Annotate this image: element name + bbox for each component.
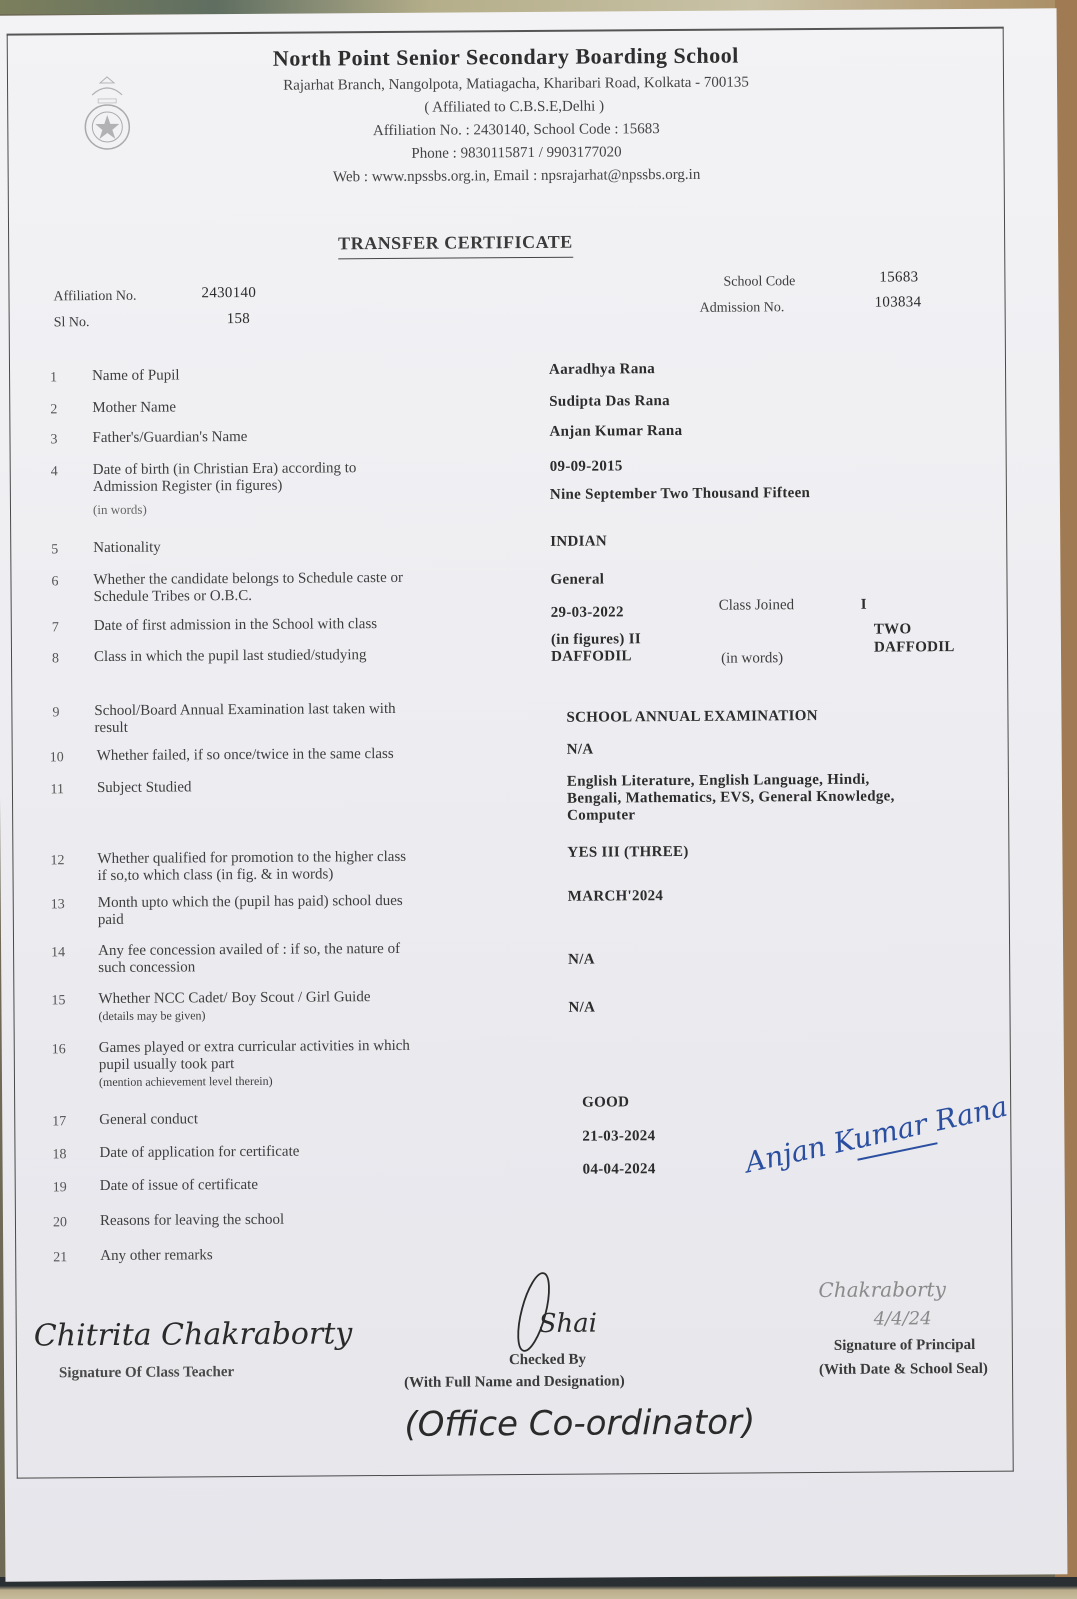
item-5-label: Nationality: [93, 540, 161, 556]
item-21-label: Any other remarks: [100, 1247, 213, 1264]
item-13-label-line2: paid: [98, 912, 124, 928]
item-1-label: Name of Pupil: [92, 367, 180, 384]
item-13-number: 13: [43, 897, 65, 913]
item-16-label: Games played or extra curricular activit…: [99, 1038, 410, 1056]
item-11-value: English Literature, English Language, Hi…: [567, 772, 870, 791]
item-17-number: 17: [44, 1114, 66, 1130]
item-18-value: 21-03-2024: [582, 1128, 655, 1146]
item-2-label: Mother Name: [92, 399, 176, 416]
item-3-value: Anjan Kumar Rana: [549, 423, 682, 441]
item-8-value: (in figures) II: [551, 631, 641, 649]
sl-no-value: 158: [227, 311, 251, 328]
item-11-value-line3: Computer: [567, 807, 635, 824]
principal-signature: Chakraborty 4/4/24: [813, 1274, 1013, 1345]
item-10-value: N/A: [567, 742, 594, 759]
item-8-number: 8: [37, 651, 59, 667]
item-9-number: 9: [37, 705, 59, 721]
checked-by-designation: (Office Co-ordinator): [394, 1378, 805, 1461]
item-17-label: General conduct: [99, 1111, 198, 1128]
item-14-value: N/A: [568, 952, 595, 969]
item-6-number: 6: [36, 574, 58, 590]
item-15-number: 15: [43, 993, 65, 1009]
checked-by-signature: Shai: [498, 1266, 619, 1362]
item-11-label: Subject Studied: [97, 779, 192, 796]
item-16-number: 16: [44, 1042, 66, 1058]
sl-no-label: Sl No.: [54, 315, 90, 331]
item-12-label-line2: if so,to which class (in fig. & in words…: [97, 866, 333, 884]
item-12-value: YES III (THREE): [567, 844, 688, 862]
item-19-number: 19: [45, 1180, 67, 1196]
item-18-label: Date of application for certificate: [99, 1144, 299, 1161]
svg-text:Anjan Kumar Rana: Anjan Kumar Rana: [739, 1090, 1010, 1180]
item-3-label: Father's/Guardian's Name: [92, 429, 247, 446]
item-7-label: Date of first admission in the School wi…: [94, 616, 377, 634]
item-14-label: Any fee concession availed of : if so, t…: [98, 941, 400, 959]
item-20-label: Reasons for leaving the school: [100, 1212, 284, 1229]
item-4-value: 09-09-2015: [550, 458, 623, 476]
affiliation-label: Affiliation No.: [53, 289, 136, 306]
class-teacher-label: Signature Of Class Teacher: [59, 1364, 234, 1382]
principal-sub: (With Date & School Seal): [819, 1361, 988, 1379]
item-4-label: Date of birth (in Christian Era) accordi…: [93, 460, 357, 478]
item-6-label-line2: Schedule Tribes or O.B.C.: [94, 588, 252, 605]
item-13-label: Month upto which the (pupil has paid) sc…: [98, 893, 403, 911]
certificate-paper: North Point Senior Secondary Boarding Sc…: [0, 8, 1067, 1581]
item-4-label-line2: Admission Register (in figures): [93, 478, 283, 495]
item-3-number: 3: [35, 432, 57, 448]
item-1-value: Aaradhya Rana: [549, 361, 655, 379]
item-11-value-line2: Bengali, Mathematics, EVS, General Knowl…: [567, 788, 895, 807]
item-14-number: 14: [43, 945, 65, 961]
item-19-value: 04-04-2024: [583, 1161, 656, 1179]
item-15-label-line2: (details may be given): [98, 1007, 205, 1024]
item-14-label-line2: such concession: [98, 959, 195, 976]
svg-text:4/4/24: 4/4/24: [873, 1308, 932, 1329]
item-16-label-line2: pupil usually took part: [99, 1056, 235, 1073]
svg-text:Chakraborty: Chakraborty: [818, 1277, 946, 1302]
item-8-value-line2: DAFFODIL: [551, 648, 632, 666]
item-21-number: 21: [45, 1250, 67, 1266]
item-7-value: 29-03-2022: [551, 604, 624, 622]
school-code-label: School Code: [723, 274, 795, 291]
item-17-value: GOOD: [582, 1094, 629, 1111]
item-16-label-line3: (mention achievement level therein): [99, 1073, 273, 1090]
svg-text:(Office Co-ordinator): (Office Co-ordinator): [404, 1402, 755, 1444]
item-8-label: Class in which the pupil last studied/st…: [94, 647, 367, 665]
item-8-extra-value: TWO: [874, 621, 912, 638]
item-11-number: 11: [42, 782, 64, 798]
item-6-label: Whether the candidate belongs to Schedul…: [93, 570, 403, 588]
item-2-number: 2: [35, 402, 57, 418]
parent-signature: Anjan Kumar Rana: [737, 1080, 1048, 1192]
item-19-label: Date of issue of certificate: [100, 1177, 258, 1194]
svg-text:Chitrita Chakraborty: Chitrita Chakraborty: [34, 1316, 354, 1353]
principal-label: Signature of Principal: [834, 1337, 976, 1355]
item-6-value: General: [550, 571, 604, 588]
item-15-label: Whether NCC Cadet/ Boy Scout / Girl Guid…: [98, 989, 370, 1007]
item-10-label: Whether failed, if so once/twice in the …: [97, 746, 394, 764]
item-5-value: INDIAN: [550, 533, 607, 550]
item-9-value: SCHOOL ANNUAL EXAMINATION: [566, 708, 818, 727]
item-2-value: Sudipta Das Rana: [549, 393, 670, 411]
item-13-value: MARCH'2024: [568, 888, 664, 906]
class-teacher-signature: Chitrita Chakraborty: [29, 1303, 429, 1366]
item-4-number: 4: [36, 464, 58, 480]
item-9-label: School/Board Annual Examination last tak…: [94, 701, 395, 719]
item-5-number: 5: [36, 542, 58, 558]
admission-no-label: Admission No.: [700, 300, 785, 317]
item-15-value: N/A: [568, 1000, 595, 1017]
item-8-extra-label: (in words): [721, 650, 783, 667]
admission-no-value: 103834: [875, 294, 922, 311]
item-12-label: Whether qualified for promotion to the h…: [97, 849, 406, 867]
item-7-extra-label: Class Joined: [719, 597, 795, 615]
item-12-number: 12: [42, 853, 64, 869]
item-7-number: 7: [37, 620, 59, 636]
item-4-sublabel: (in words): [93, 502, 147, 518]
school-code-value: 15683: [879, 269, 918, 286]
item-18-number: 18: [44, 1147, 66, 1163]
checked-by-label: Checked By: [509, 1352, 586, 1370]
item-1-number: 1: [35, 370, 57, 386]
item-7-extra-value: I: [861, 597, 867, 614]
item-9-label-line2: result: [94, 720, 127, 736]
item-10-number: 10: [42, 750, 64, 766]
item-20-number: 20: [45, 1215, 67, 1231]
item-8-extra-value-line2: DAFFODIL: [874, 639, 955, 657]
affiliation-value: 2430140: [201, 285, 256, 302]
item-4-subvalue: Nine September Two Thousand Fifteen: [550, 485, 810, 504]
svg-text:Shai: Shai: [539, 1309, 598, 1339]
certificate-title: TRANSFER CERTIFICATE: [338, 232, 573, 260]
